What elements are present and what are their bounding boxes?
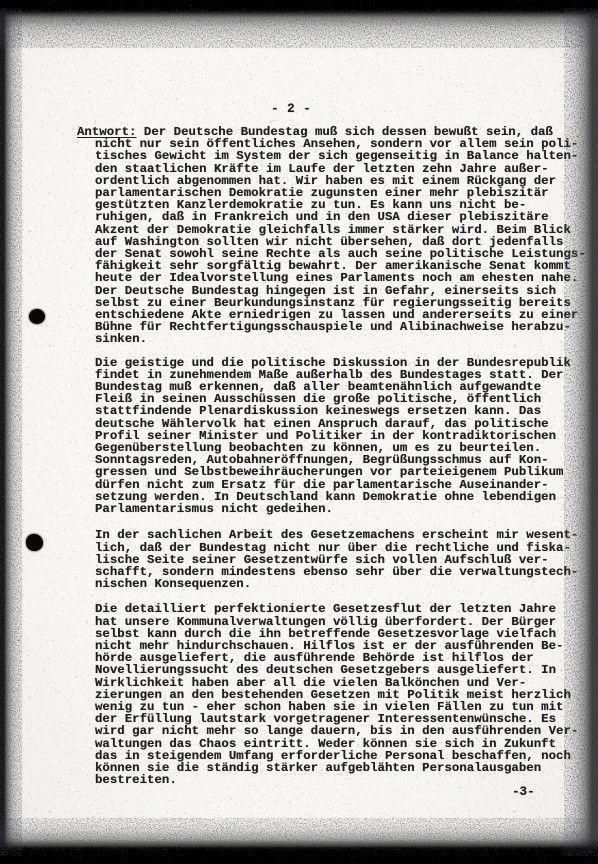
scan-edge-top: [0, 0, 598, 52]
scanned-document-page: - 2 - Antwort: Der Deutsche Bundestag mu…: [0, 0, 598, 864]
scan-edge-bottom: [0, 822, 598, 864]
paragraph-gesetzesflut: Die detailliert perfektionierte Gesetzes…: [95, 603, 579, 786]
page-number-footer: -3-: [512, 785, 535, 799]
document-layer: - 2 - Antwort: Der Deutsche Bundestag mu…: [0, 0, 598, 864]
document-body: Antwort: Der Deutsche Bundestag muß sich…: [95, 126, 579, 786]
paragraph-answer: Antwort: Der Deutsche Bundestag muß sich…: [95, 126, 579, 346]
paragraph-lawmaking: In der sachlichen Arbeit des Gesetzemach…: [95, 529, 579, 590]
paragraph-discussion: Die geistige und die politische Diskussi…: [95, 357, 579, 516]
scan-edge-left: [0, 0, 24, 864]
hole-punch-bottom: [26, 534, 43, 551]
scan-edge-right: [566, 0, 598, 864]
hole-punch-top: [29, 309, 45, 324]
paragraph-text: nicht nur sein öffentliches Ansehen, son…: [95, 138, 579, 345]
page-number-header: - 2 -: [271, 102, 311, 116]
